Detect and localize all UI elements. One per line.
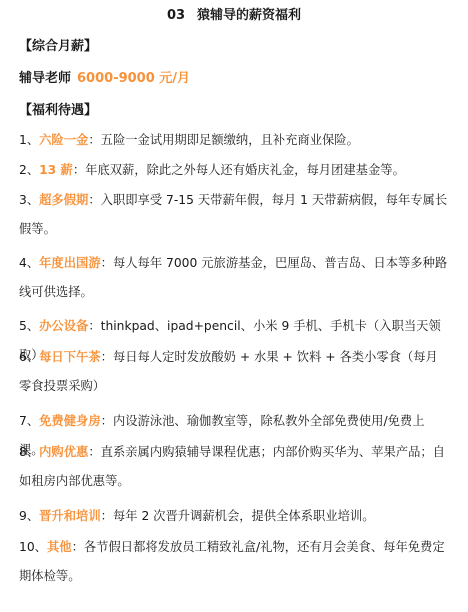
- benefit-sep: ：: [101, 350, 113, 364]
- page-title: 03猿辅导的薪资福利: [0, 7, 468, 25]
- benefit-item: 2、13 薪：年底双薪，除此之外每人还有婚庆礼金，每月团建基金等。: [19, 156, 449, 185]
- benefit-highlight: 内购优惠: [39, 445, 88, 459]
- benefit-item: 6、每日下午茶：每日每人定时发放酸奶 + 水果 + 饮料 + 各类小零食（每月零…: [19, 343, 449, 401]
- benefit-highlight: 13 薪: [39, 163, 73, 177]
- benefit-index: 8、: [19, 445, 39, 459]
- benefit-sep: ：: [101, 414, 113, 428]
- benefit-highlight: 超多假期: [39, 193, 88, 207]
- title-number: 03: [167, 8, 185, 23]
- benefit-item: 10、其他：各节假日都将发放员工精致礼盒/礼物，还有月会美食、每年免费定期体检等…: [19, 533, 449, 591]
- salary-amount: 6000-9000 元/月: [77, 71, 190, 86]
- salary-line: 辅导老师6000-9000 元/月: [19, 70, 190, 88]
- benefit-item: 8、内购优惠：直系亲属内购猿辅导课程优惠；内部价购买华为、苹果产品；自如租房内部…: [19, 438, 449, 496]
- benefit-sep: ：: [101, 256, 113, 270]
- benefit-sep: ：: [101, 509, 113, 523]
- benefit-highlight: 六险一金: [39, 133, 88, 147]
- benefit-index: 2、: [19, 163, 39, 177]
- benefit-index: 10、: [19, 540, 47, 554]
- benefit-highlight: 免费健身房: [39, 414, 101, 428]
- benefit-highlight: 其他: [47, 540, 72, 554]
- benefit-index: 9、: [19, 509, 39, 523]
- benefits-heading: 【福利待遇】: [19, 102, 97, 120]
- benefit-highlight: 每日下午茶: [39, 350, 101, 364]
- benefit-highlight: 晋升和培训: [39, 509, 101, 523]
- benefit-sep: ：: [88, 133, 100, 147]
- benefit-item: 9、晋升和培训：每年 2 次晋升调薪机会，提供全体系职业培训。: [19, 502, 449, 531]
- benefit-index: 4、: [19, 256, 39, 270]
- benefit-text: 五险一金试用期即足额缴纳，且补充商业保险。: [101, 133, 359, 147]
- benefit-sep: ：: [88, 319, 100, 333]
- benefit-index: 5、: [19, 319, 39, 333]
- title-text: 猿辅导的薪资福利: [197, 8, 301, 23]
- document-page: 03猿辅导的薪资福利 【综合月薪】 辅导老师6000-9000 元/月 【福利待…: [0, 0, 468, 612]
- benefit-highlight: 年度出国游: [39, 256, 101, 270]
- benefit-sep: ：: [88, 445, 100, 459]
- benefit-item: 4、年度出国游：每人每年 7000 元旅游基金，巴厘岛、普吉岛、日本等多种路线可…: [19, 249, 449, 307]
- benefit-text: 年底双薪，除此之外每人还有婚庆礼金，每月团建基金等。: [85, 163, 405, 177]
- benefit-index: 1、: [19, 133, 39, 147]
- benefit-index: 6、: [19, 350, 39, 364]
- benefit-highlight: 办公设备: [39, 319, 88, 333]
- salary-heading: 【综合月薪】: [19, 38, 97, 56]
- benefit-sep: ：: [88, 193, 100, 207]
- benefit-item: 1、六险一金：五险一金试用期即足额缴纳，且补充商业保险。: [19, 126, 449, 155]
- benefit-index: 3、: [19, 193, 39, 207]
- benefit-item: 3、超多假期：入职即享受 7-15 天带薪年假，每月 1 天带薪病假，每年专属长…: [19, 186, 449, 244]
- salary-role: 辅导老师: [19, 71, 71, 86]
- benefit-index: 7、: [19, 414, 39, 428]
- benefit-sep: ：: [73, 163, 85, 177]
- benefit-text: 每年 2 次晋升调薪机会，提供全体系职业培训。: [113, 509, 375, 523]
- benefit-sep: ：: [72, 540, 84, 554]
